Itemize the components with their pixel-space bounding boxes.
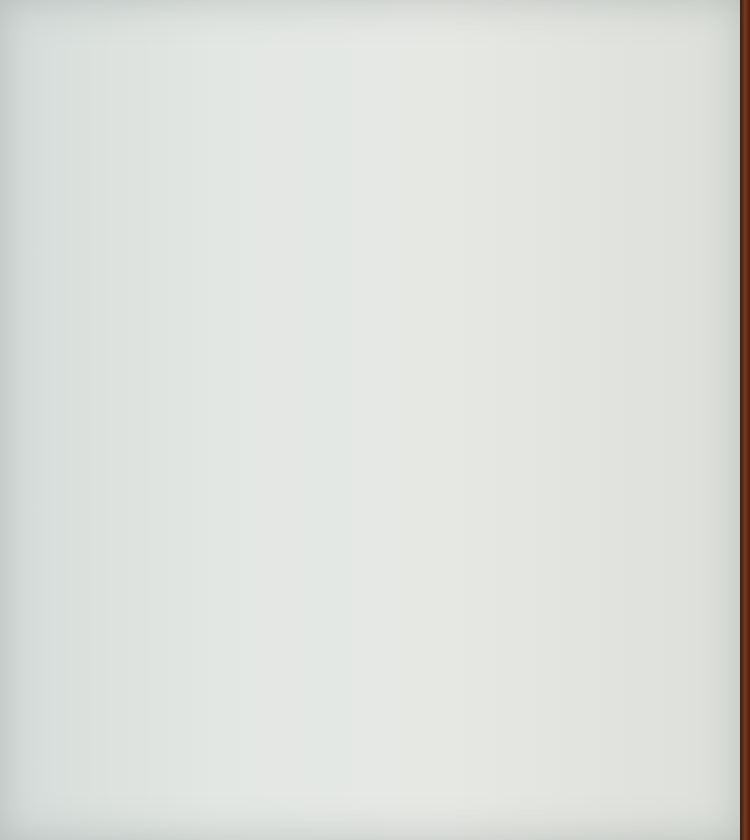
manuscript-page <box>0 0 742 840</box>
page-edge-binding <box>740 0 750 840</box>
